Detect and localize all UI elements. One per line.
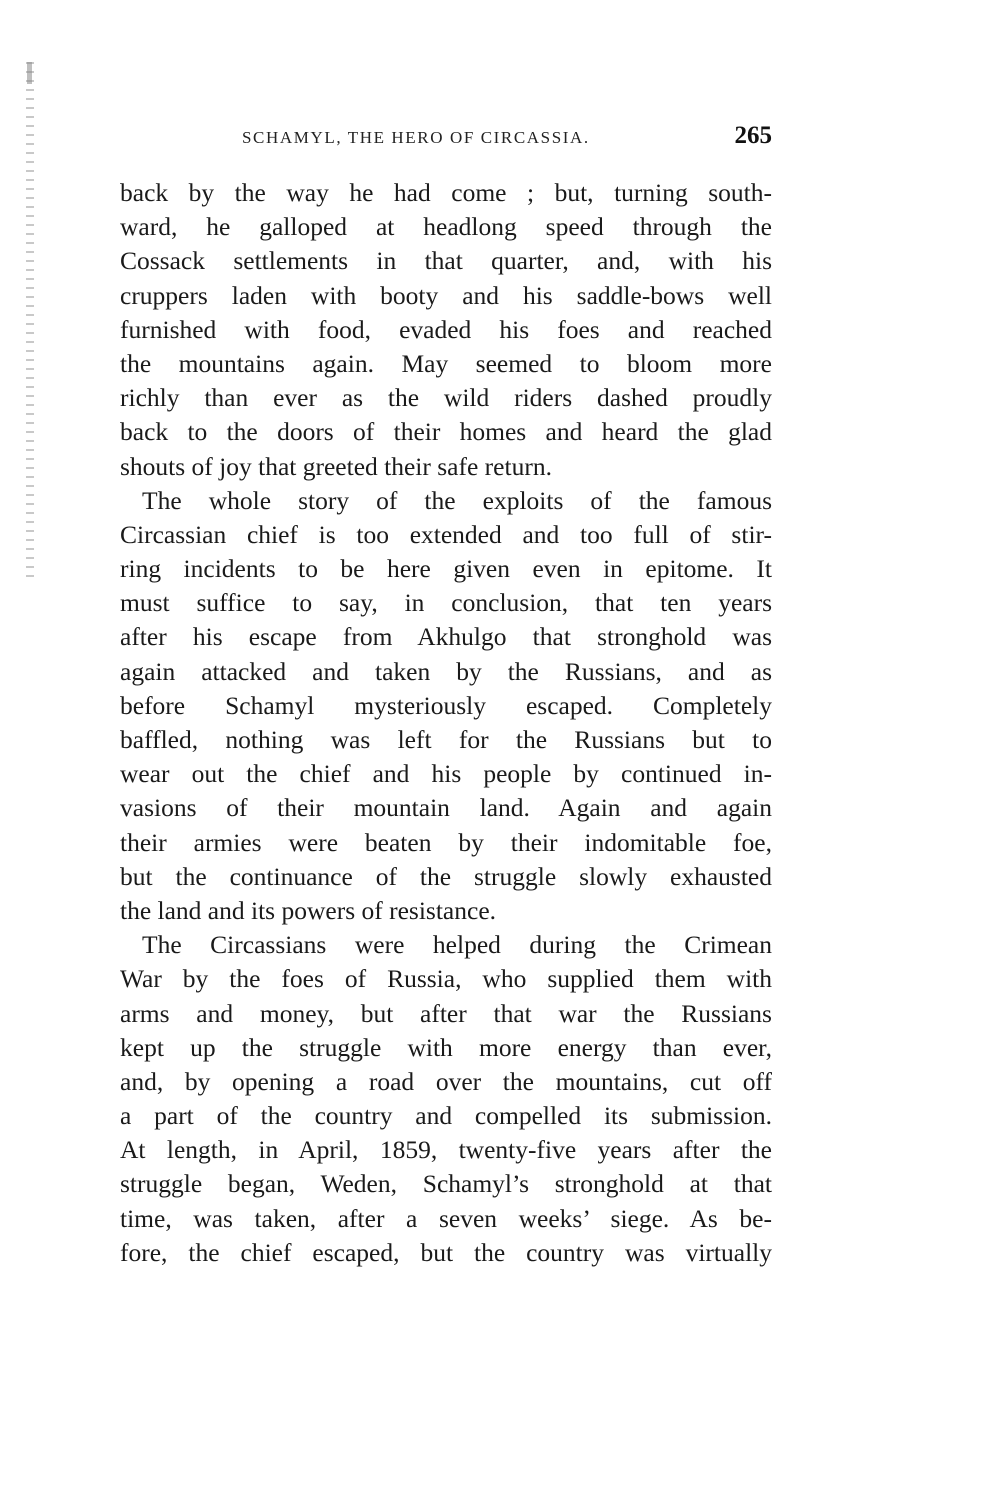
text-line: ward, he galloped at headlong speed thro… [120, 210, 772, 244]
text-line: The whole story of the exploits of the f… [120, 484, 772, 518]
text-line: baffled, nothing was left for the Russia… [120, 723, 772, 757]
running-head: SCHAMYL, THE HERO OF CIRCASSIA. 265 [120, 122, 772, 162]
text-line: a part of the country and compelled its … [120, 1099, 772, 1133]
text-line: richly than ever as the wild riders dash… [120, 381, 772, 415]
text-line: but the continuance of the struggle slow… [120, 860, 772, 894]
text-line: cruppers laden with booty and his saddle… [120, 279, 772, 313]
text-line: Circassian chief is too extended and too… [120, 518, 772, 552]
text-line: wear out the chief and his people by con… [120, 757, 772, 791]
running-title: SCHAMYL, THE HERO OF CIRCASSIA. [242, 128, 590, 148]
text-line: Cossack settlements in that quarter, and… [120, 244, 772, 278]
text-line: their armies were beaten by their indomi… [120, 826, 772, 860]
text-line: after his escape from Akhulgo that stron… [120, 620, 772, 654]
page-number: 265 [735, 122, 773, 150]
text-line: time, was taken, after a seven weeks’ si… [120, 1202, 772, 1236]
text-line: and, by opening a road over the mountain… [120, 1065, 772, 1099]
paragraph-2: The whole story of the exploits of the f… [120, 484, 772, 928]
text-line: At length, in April, 1859, twenty-five y… [120, 1133, 772, 1167]
paragraph-1: back by the way he had come ; but, turni… [120, 176, 772, 484]
text-line: kept up the struggle with more energy th… [120, 1031, 772, 1065]
text-line: before Schamyl mysteriously escaped. Com… [120, 689, 772, 723]
text-line: shouts of joy that greeted their safe re… [120, 450, 772, 484]
body-text: back by the way he had come ; but, turni… [120, 176, 772, 1270]
text-line: struggle began, Weden, Schamyl’s strongh… [120, 1167, 772, 1201]
text-line: must suffice to say, in conclusion, that… [120, 586, 772, 620]
text-line: vasions of their mountain land. Again an… [120, 791, 772, 825]
text-line: The Circassians were helped during the C… [120, 928, 772, 962]
text-line: arms and money, but after that war the R… [120, 997, 772, 1031]
paragraph-3: The Circassians were helped during the C… [120, 928, 772, 1270]
text-line: back by the way he had come ; but, turni… [120, 176, 772, 210]
text-line: ring incidents to be here given even in … [120, 552, 772, 586]
text-line: again attacked and taken by the Russians… [120, 655, 772, 689]
binding-margin-marks [26, 62, 34, 582]
text-line: War by the foes of Russia, who supplied … [120, 962, 772, 996]
text-line: fore, the chief escaped, but the country… [120, 1236, 772, 1270]
text-line: the mountains again. May seemed to bloom… [120, 347, 772, 381]
text-line: the land and its powers of resistance. [120, 894, 772, 928]
text-line: back to the doors of their homes and hea… [120, 415, 772, 449]
text-line: furnished with food, evaded his foes and… [120, 313, 772, 347]
